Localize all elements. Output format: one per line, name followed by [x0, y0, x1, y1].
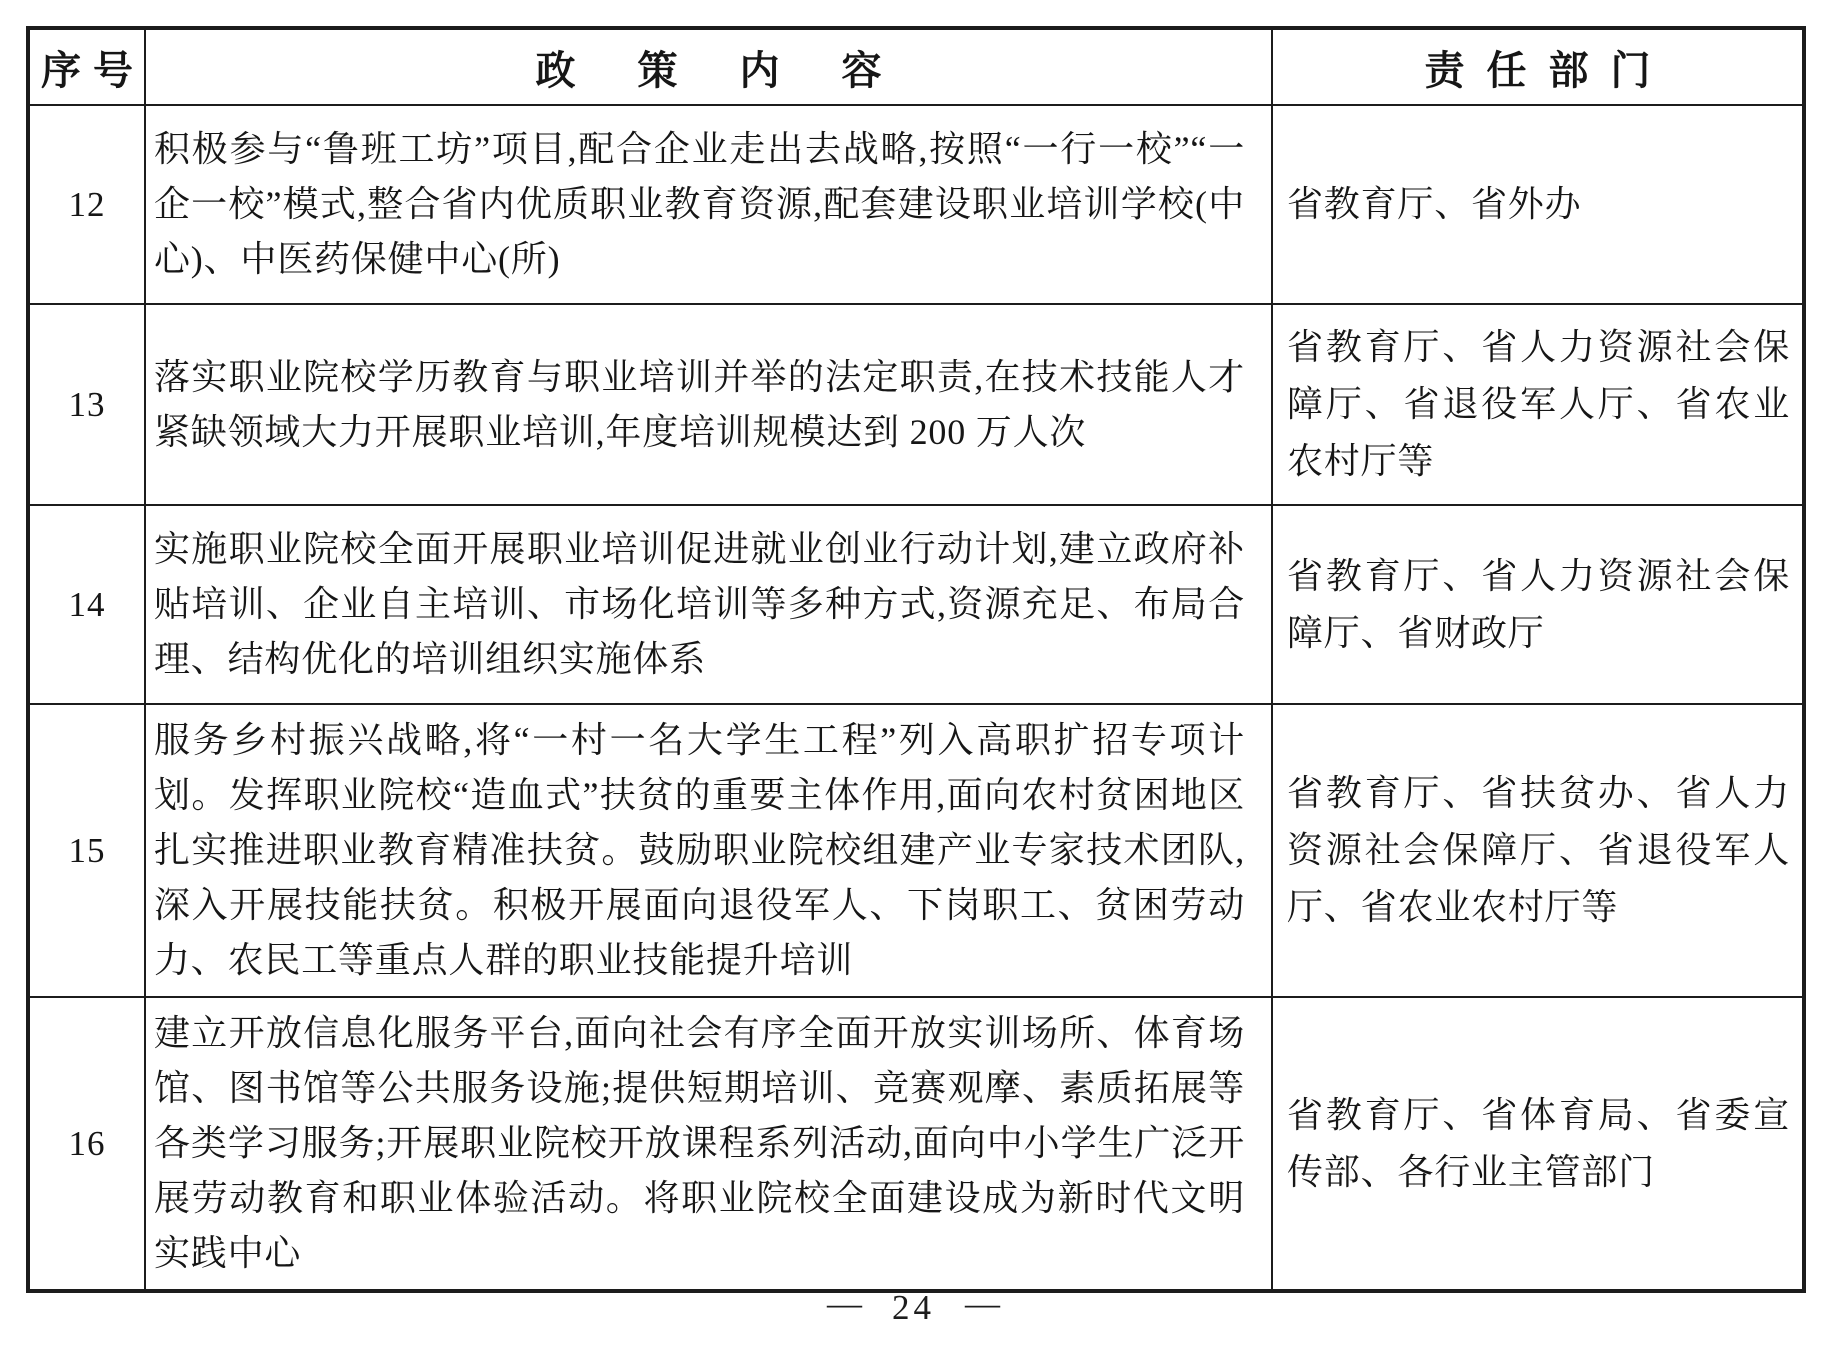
row-policy-content: 落实职业院校学历教育与职业培训并举的法定职责,在技术技能人才紧缺领域大力开展职业…: [145, 304, 1272, 505]
row-policy-content: 积极参与“鲁班工坊”项目,配合企业走出去战略,按照“一行一校”“一企一校”模式,…: [145, 105, 1272, 304]
table-header-row: 序号 政策内容 责任部门: [28, 28, 1804, 105]
table-row: 12 积极参与“鲁班工坊”项目,配合企业走出去战略,按照“一行一校”“一企一校”…: [28, 105, 1804, 304]
header-dept-label: 责任部门: [1425, 39, 1673, 96]
header-content-label: 政策内容: [536, 39, 944, 96]
table-row: 13 落实职业院校学历教育与职业培训并举的法定职责,在技术技能人才紧缺领域大力开…: [28, 304, 1804, 505]
table-row: 15 服务乡村振兴战略,将“一村一名大学生工程”列入高职扩招专项计划。发挥职业院…: [28, 704, 1804, 997]
row-seq-number: 12: [28, 105, 145, 304]
row-seq-number: 14: [28, 505, 145, 704]
row-seq-number: 15: [28, 704, 145, 997]
row-responsible-department: 省教育厅、省人力资源社会保障厅、省财政厅: [1272, 505, 1804, 704]
table-row: 16 建立开放信息化服务平台,面向社会有序全面开放实训场所、体育场馆、图书馆等公…: [28, 997, 1804, 1291]
header-content: 政策内容: [145, 28, 1272, 105]
row-responsible-department: 省教育厅、省外办: [1272, 105, 1804, 304]
header-dept: 责任部门: [1272, 28, 1804, 105]
row-responsible-department: 省教育厅、省体育局、省委宣传部、各行业主管部门: [1272, 997, 1804, 1291]
row-policy-content: 服务乡村振兴战略,将“一村一名大学生工程”列入高职扩招专项计划。发挥职业院校“造…: [145, 704, 1272, 997]
row-responsible-department: 省教育厅、省扶贫办、省人力资源社会保障厅、省退役军人厅、省农业农村厅等: [1272, 704, 1804, 997]
page-footer: —24—: [0, 1288, 1827, 1328]
footer-right-dash: —: [965, 1284, 1000, 1324]
header-seq: 序号: [28, 28, 145, 105]
header-seq-label: 序号: [41, 39, 145, 96]
row-responsible-department: 省教育厅、省人力资源社会保障厅、省退役军人厅、省农业农村厅等: [1272, 304, 1804, 505]
row-seq-number: 16: [28, 997, 145, 1291]
policy-table: 序号 政策内容 责任部门 12 积极参与“鲁班工坊”项目,配合企业走出去战略,按…: [26, 26, 1806, 1293]
row-seq-number: 13: [28, 304, 145, 505]
footer-left-dash: —: [827, 1284, 862, 1324]
table-row: 14 实施职业院校全面开展职业培训促进就业创业行动计划,建立政府补贴培训、企业自…: [28, 505, 1804, 704]
page-number: 24: [892, 1288, 935, 1328]
row-policy-content: 实施职业院校全面开展职业培训促进就业创业行动计划,建立政府补贴培训、企业自主培训…: [145, 505, 1272, 704]
row-policy-content: 建立开放信息化服务平台,面向社会有序全面开放实训场所、体育场馆、图书馆等公共服务…: [145, 997, 1272, 1291]
